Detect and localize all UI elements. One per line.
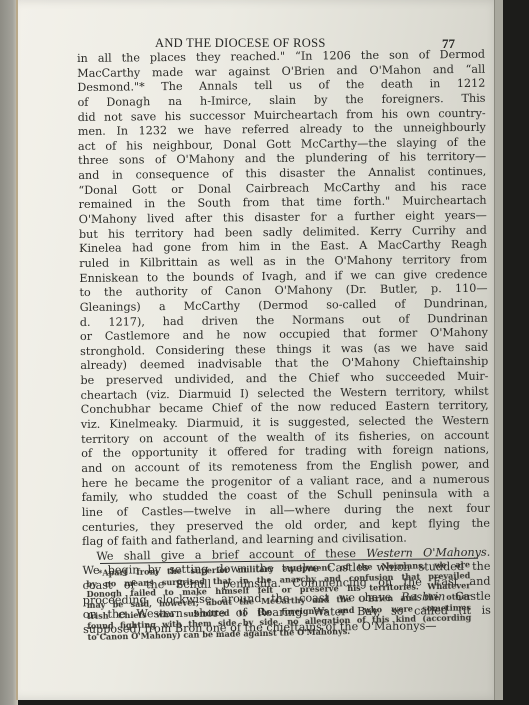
paragraph-1: in all the places they reached." “In 120… [77,48,490,550]
main-text: in all the places they reached." “In 120… [77,48,491,638]
page-edge-strip [494,0,503,700]
footnote: *Apart from the superior military equipm… [86,559,472,643]
